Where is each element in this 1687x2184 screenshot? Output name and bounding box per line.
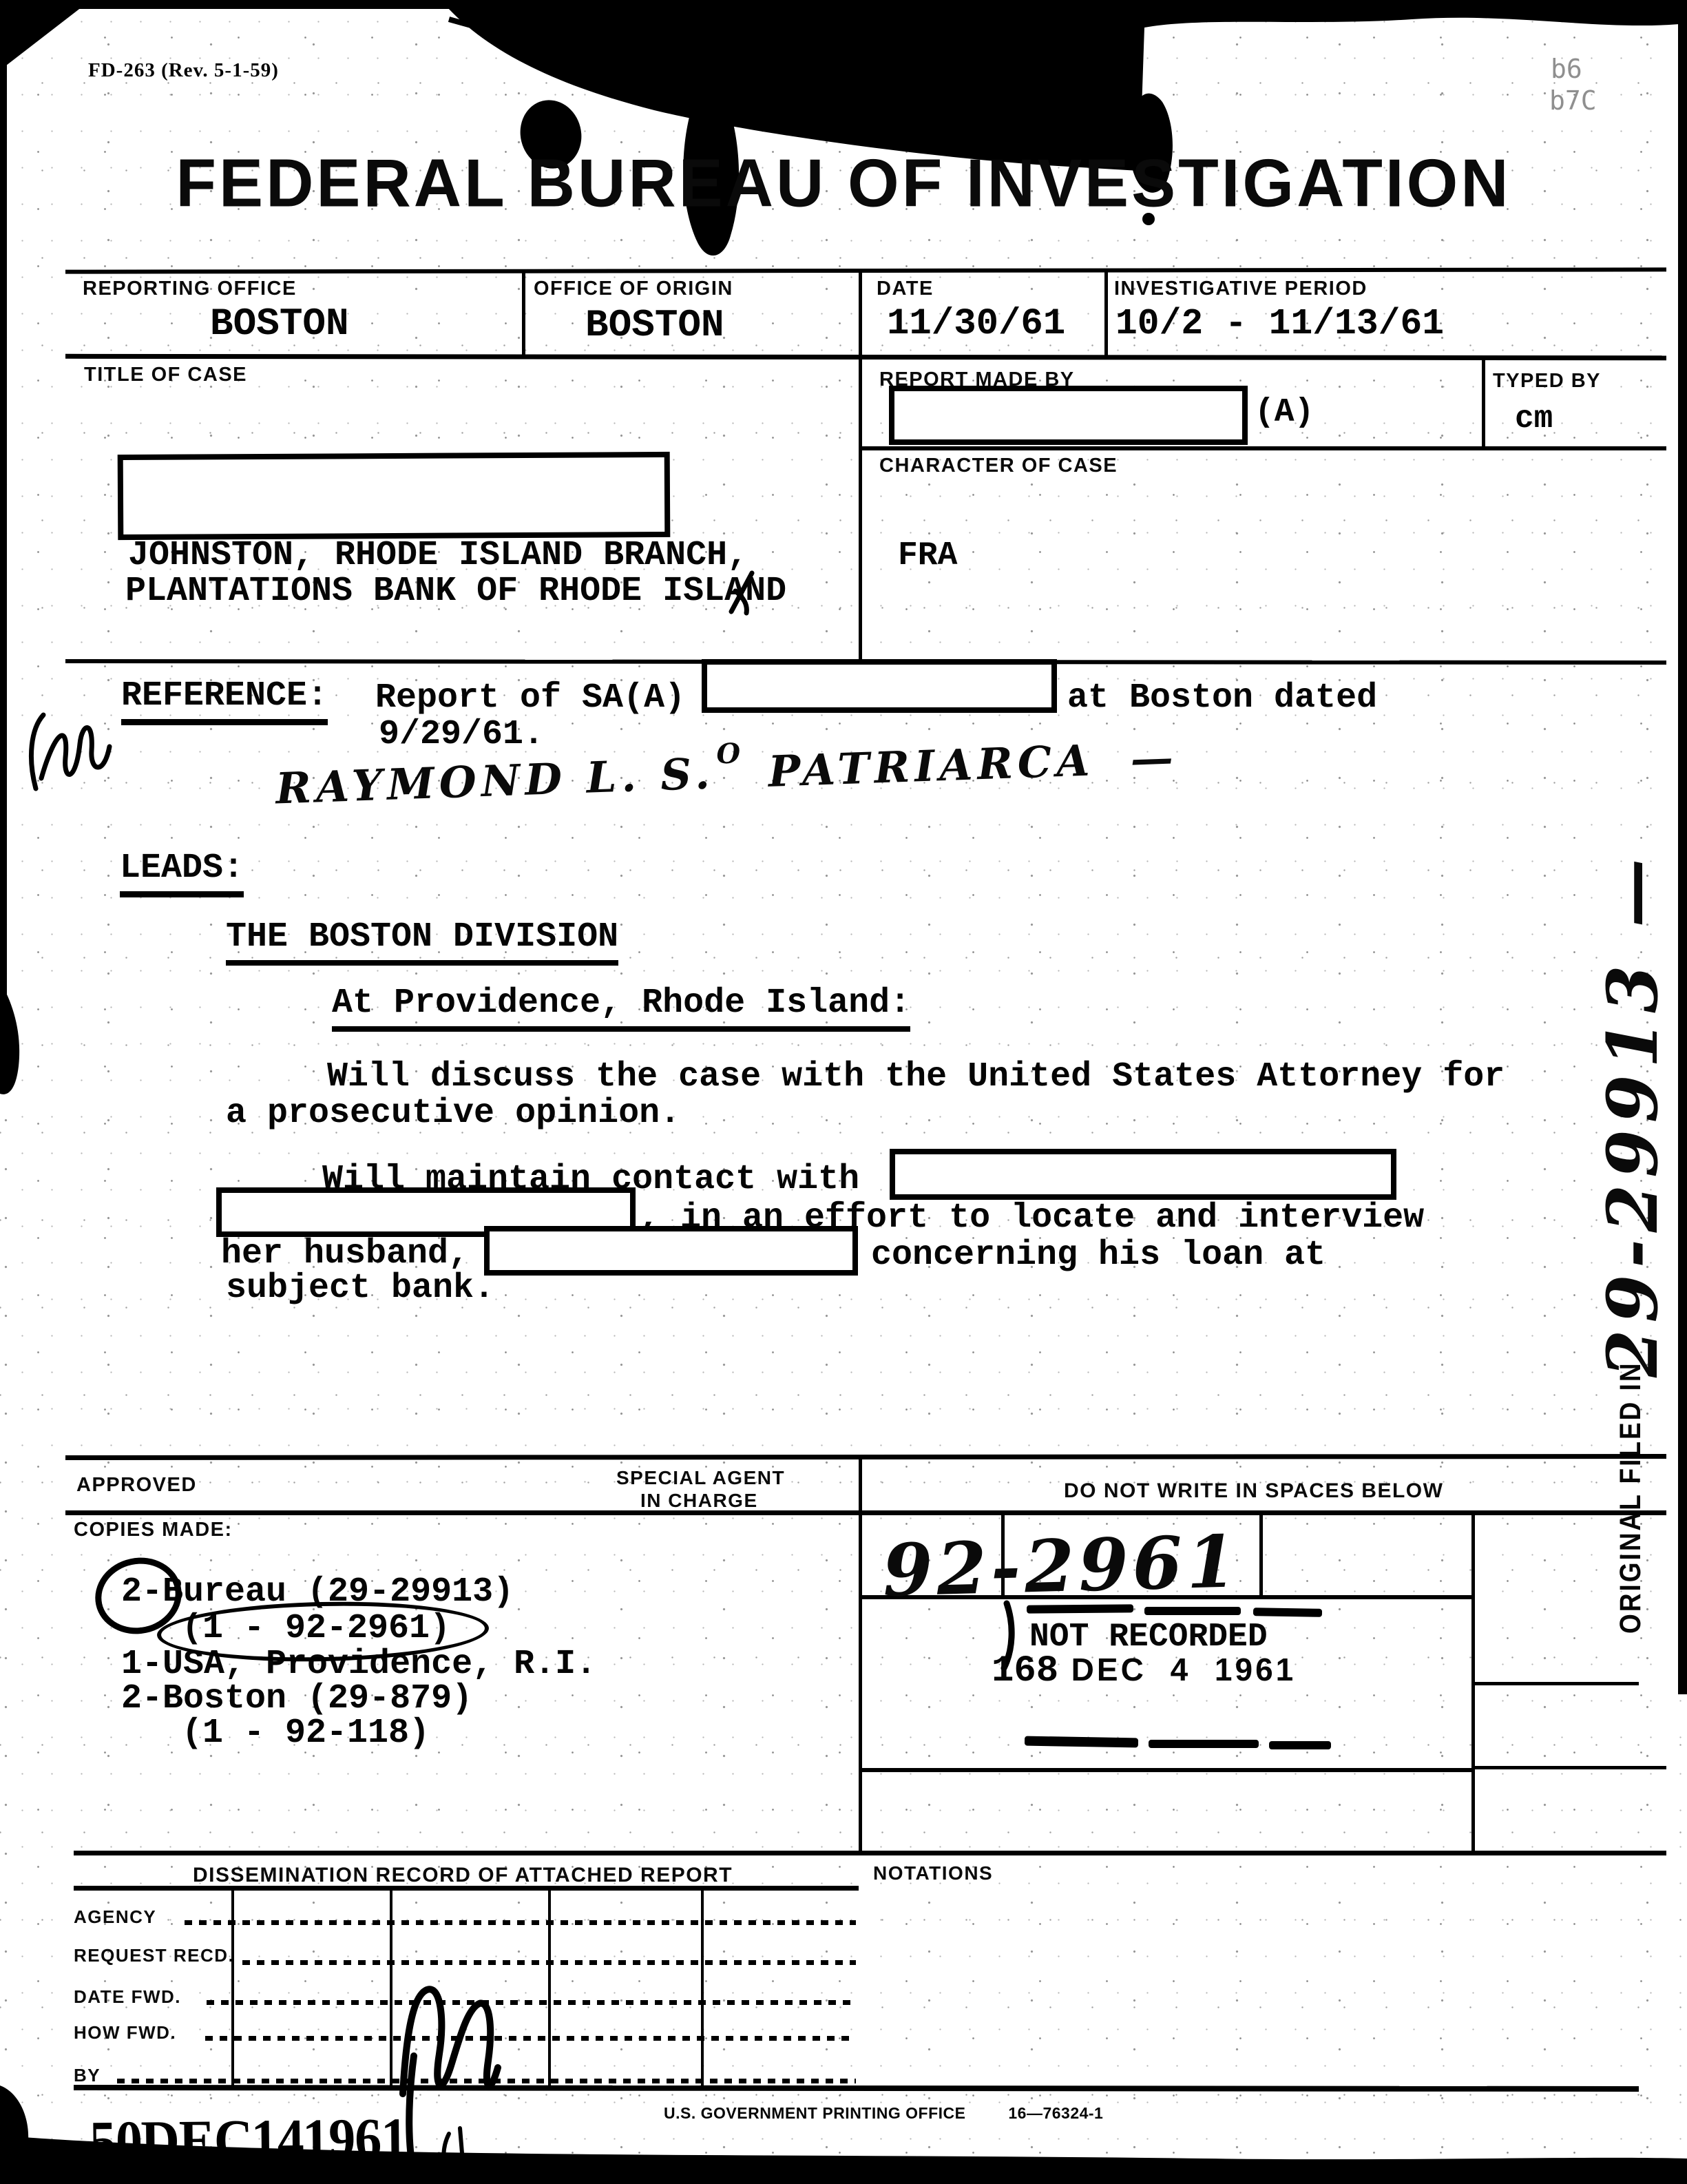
reference-date-line: 9/29/61. <box>379 715 544 754</box>
dissemination-col-1 <box>231 1891 234 2086</box>
subject-name-superscript: O <box>716 737 746 770</box>
subject-name-dash: — <box>1129 732 1179 784</box>
title-of-case-redaction-box <box>118 452 671 540</box>
office-of-origin-label: OFFICE OF ORIGIN <box>534 278 733 300</box>
reference-text-after: at Boston dated <box>1067 678 1377 718</box>
title-of-case-label: TITLE OF CASE <box>84 364 247 386</box>
left-edge-strip <box>0 0 7 1074</box>
dissemination-dots-agency <box>185 1920 856 1925</box>
copies-line-4: 2-Boston (29-879) <box>121 1679 472 1718</box>
date-label: DATE <box>877 278 934 300</box>
reference-redaction-box <box>702 659 1057 713</box>
stamp-dash-top-3 <box>1253 1608 1322 1617</box>
leads-location: At Providence, Rhode Island: <box>332 984 910 1032</box>
dissemination-dots-by <box>117 2079 856 2083</box>
scanned-fbi-report-page: FD-263 (Rev. 5-1-59) b6 b7C FEDERAL BURE… <box>0 0 1687 2184</box>
divider-typedby <box>1482 356 1485 449</box>
margin-file-number-handwritten: 29-29913 — <box>1592 852 1673 1377</box>
special-agent-label-line2: IN CHARGE <box>640 1490 758 1512</box>
divider-reporting-origin <box>522 270 525 355</box>
classification-code-b7c: b7C <box>1549 85 1597 116</box>
stamp-dash-bottom-2 <box>1149 1740 1259 1748</box>
reference-text-before: Report of SA(A) <box>375 678 685 718</box>
divider-case-column <box>859 270 862 663</box>
date-value: 11/30/61 <box>887 303 1065 345</box>
notations-label: NOTATIONS <box>873 1862 993 1884</box>
typed-by-value: cm <box>1515 401 1553 437</box>
report-made-by-suffix: (A) <box>1255 394 1314 431</box>
title-of-case-line1: JOHNSTON, RHODE ISLAND BRANCH, <box>128 536 748 575</box>
rule-dissemination-header-bottom <box>74 1886 859 1891</box>
leads-redaction-box-3 <box>484 1226 858 1276</box>
dissemination-col-4 <box>701 1891 704 2086</box>
rule-dissemination-top <box>74 1851 1666 1855</box>
divider-date-period <box>1104 270 1108 355</box>
recorded-date-stamp-number: 168 <box>992 1650 1058 1692</box>
received-date-stamp: 50 DEC 14 1961 <box>90 2105 408 2175</box>
stamp-dash-bottom-1 <box>1025 1736 1138 1748</box>
dissemination-col-3 <box>548 1891 551 2086</box>
leads-redaction-box-1 <box>890 1149 1396 1200</box>
approved-label: APPROVED <box>76 1474 197 1497</box>
margin-initials-squiggle <box>31 715 109 789</box>
left-edge-wedge <box>0 981 19 1094</box>
leads-p2-line3b: concerning his loan at <box>871 1236 1325 1275</box>
dissemination-col-2 <box>390 1891 392 2086</box>
stamp-dash-top-1 <box>1027 1604 1133 1613</box>
reporting-office-label: REPORTING OFFICE <box>83 278 297 300</box>
investigative-period-value: 10/2 - 11/13/61 <box>1115 303 1444 344</box>
leads-label: LEADS: <box>120 849 244 897</box>
character-of-case-value: FRA <box>898 537 957 574</box>
dnw-rule-2 <box>861 1768 1471 1772</box>
character-of-case-label: CHARACTER OF CASE <box>879 455 1118 477</box>
dnw-divider-2 <box>1259 1515 1263 1597</box>
stamp-dash-top-2 <box>1144 1607 1241 1615</box>
top-left-corner-wedge <box>0 0 91 70</box>
leads-p1-line1: Will discuss the case with the United St… <box>327 1057 1505 1096</box>
rule-reportmadeby-bottom <box>859 446 1666 450</box>
case-number-handwritten: 92-2961 <box>881 1519 1241 1613</box>
page-title: FEDERAL BUREAU OF INVESTIGATION <box>65 145 1622 222</box>
divider-approval-center <box>859 1456 862 1853</box>
dissemination-dots-howfwd <box>205 2036 856 2041</box>
dissemination-row-by: BY <box>74 2065 101 2086</box>
form-number: FD-263 (Rev. 5-1-59) <box>88 59 279 82</box>
dissemination-dots-datefwd <box>207 2000 856 2005</box>
title-of-case-line2: PLANTATIONS BANK OF RHODE ISLAND <box>125 572 786 611</box>
classification-code-b6: b6 <box>1551 54 1582 84</box>
recorded-date-stamp-date: DEC 4 1961 <box>1071 1652 1297 1687</box>
copies-line-5: (1 - 92-118) <box>182 1714 430 1753</box>
leads-p2-line3a: her husband, <box>221 1234 469 1273</box>
office-of-origin-value: BOSTON <box>585 303 724 347</box>
reference-label: REFERENCE: <box>121 676 328 725</box>
reporting-office-value: BOSTON <box>210 302 349 346</box>
special-agent-label-line1: SPECIAL AGENT <box>616 1467 785 1489</box>
dissemination-row-datefwd: DATE FWD. <box>74 1986 181 2008</box>
right-edge-strip <box>1678 0 1687 1694</box>
dissemination-title: DISSEMINATION RECORD OF ATTACHED REPORT <box>193 1864 733 1887</box>
leads-p1-line2: a prosecutive opinion. <box>226 1094 680 1133</box>
report-made-by-redaction-box <box>889 386 1248 445</box>
original-filed-in-stamp: ORIGINAL FILED IN <box>1614 1361 1647 1634</box>
gpo-number: 16—76324-1 <box>1008 2104 1103 2122</box>
gpo-text: U.S. GOVERNMENT PRINTING OFFICE <box>664 2104 965 2122</box>
rule-approval-bottom <box>65 1510 1666 1515</box>
dnw-right-rule-1 <box>1474 1682 1639 1685</box>
investigative-period-label: INVESTIGATIVE PERIOD <box>1114 278 1368 300</box>
dissemination-row-howfwd: HOW FWD. <box>74 2022 176 2043</box>
do-not-write-label: DO NOT WRITE IN SPACES BELOW <box>1064 1479 1443 1503</box>
dissemination-row-agency: AGENCY <box>74 1906 156 1928</box>
copies-made-label: COPIES MADE: <box>74 1519 233 1541</box>
stamp-dash-bottom-3 <box>1269 1741 1331 1749</box>
gpo-line: U.S. GOVERNMENT PRINTING OFFICE 16—76324… <box>664 2104 1103 2123</box>
recorded-date-stamp: 168 DEC 4 1961 <box>992 1650 1296 1692</box>
dnw-right-rule-2 <box>1474 1766 1666 1769</box>
leads-division: THE BOSTON DIVISION <box>226 917 618 966</box>
typed-by-label: TYPED BY <box>1493 370 1601 393</box>
leads-p2-line4: subject bank. <box>226 1269 494 1308</box>
dissemination-row-request: REQUEST RECD. <box>74 1945 234 1966</box>
